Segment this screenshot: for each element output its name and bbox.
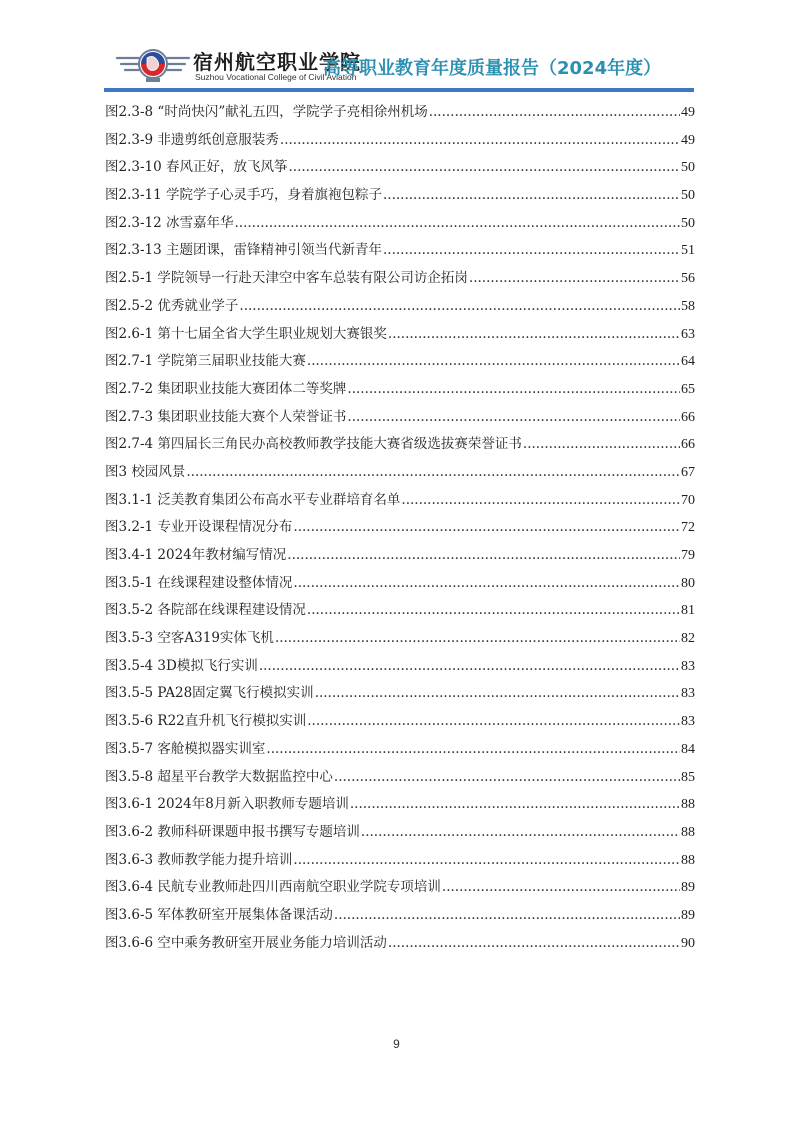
toc-entry-label: 图2.7-4 第四届长三角民办高校教师教学技能大赛省级选拔赛荣誉证书 [105,431,522,459]
dot-leader [293,847,680,875]
toc-entry[interactable]: 图3.5-6 R22直升机飞行模拟实训83 [105,708,695,736]
toc-entry-page: 83 [681,653,695,681]
toc-entry-label: 图2.3-8 “时尚快闪”献礼五四，学院学子亮相徐州机场 [105,99,428,127]
toc-entry-label: 图3.2-1 专业开设课程情况分布 [105,514,292,542]
dot-leader [259,653,680,681]
dot-leader [388,930,680,958]
toc-entry-page: 85 [681,764,695,792]
toc-entry-page: 83 [681,708,695,736]
toc-entry-label: 图2.6-1 第十七届全省大学生职业规划大赛银奖 [105,321,387,349]
toc-entry-label: 图3.5-8 超星平台教学大数据监控中心 [105,764,333,792]
toc-entry[interactable]: 图3.6-2 教师科研课题申报书撰写专题培训88 [105,819,695,847]
toc-entry[interactable]: 图2.5-1 学院领导一行赴天津空中客车总装有限公司访企拓岗56 [105,265,695,293]
toc-entry-label: 图3.5-4 3D模拟飞行实训 [105,653,258,681]
toc-entry-page: 79 [681,542,695,570]
dot-leader [334,764,680,792]
toc-entry-label: 图3.6-6 空中乘务教研室开展业务能力培训活动 [105,930,387,958]
toc-entry-page: 67 [681,459,695,487]
toc-entry-page: 56 [681,265,695,293]
dot-leader [383,237,680,265]
toc-entry-page: 49 [681,127,695,155]
dot-leader [469,265,680,293]
toc-entry-label: 图2.7-3 集团职业技能大赛个人荣誉证书 [105,404,346,432]
toc-entry-label: 图2.3-12 冰雪嘉年华 [105,210,234,238]
toc-entry[interactable]: 图3.1-1 泛美教育集团公布高水平专业群培育名单70 [105,487,695,515]
toc-entry-label: 图3.6-2 教师科研课题申报书撰写专题培训 [105,819,360,847]
toc-entry[interactable]: 图2.6-1 第十七届全省大学生职业规划大赛银奖63 [105,321,695,349]
toc-entry-label: 图2.5-2 优秀就业学子 [105,293,238,321]
dot-leader [266,736,680,764]
toc-entry-label: 图2.5-1 学院领导一行赴天津空中客车总装有限公司访企拓岗 [105,265,468,293]
dot-leader [401,487,680,515]
toc-entry-page: 88 [681,847,695,875]
toc-entry[interactable]: 图3.6-1 2024年8月新入职教师专题培训88 [105,791,695,819]
toc-entry[interactable]: 图2.3-11 学院学子心灵手巧，身着旗袍包粽子50 [105,182,695,210]
dot-leader [350,791,680,819]
toc-entry[interactable]: 图3.6-6 空中乘务教研室开展业务能力培训活动90 [105,930,695,958]
dot-leader [523,431,680,459]
toc-entry-page: 81 [681,597,695,625]
toc-entry-label: 图3 校园风景 [105,459,185,487]
header-divider [104,88,694,92]
toc-entry[interactable]: 图3.5-5 PA28固定翼飞行模拟实训83 [105,680,695,708]
toc-entry-page: 50 [681,182,695,210]
toc-entry-label: 图2.7-1 学院第三届职业技能大赛 [105,348,306,376]
toc-entry-page: 58 [681,293,695,321]
dot-leader [347,376,680,404]
toc-entry[interactable]: 图2.3-12 冰雪嘉年华50 [105,210,695,238]
dot-leader [334,902,680,930]
dot-leader [275,625,680,653]
toc-entry-page: 50 [681,154,695,182]
toc-entry-label: 图2.3-11 学院学子心灵手巧，身着旗袍包粽子 [105,182,382,210]
toc-entry-label: 图3.6-5 军体教研室开展集体备课活动 [105,902,333,930]
toc-entry[interactable]: 图3.5-8 超星平台教学大数据监控中心85 [105,764,695,792]
dot-leader [293,570,680,598]
toc-entry[interactable]: 图3.2-1 专业开设课程情况分布72 [105,514,695,542]
dot-leader [293,514,680,542]
toc-entry-page: 88 [681,791,695,819]
toc-entry-page: 89 [681,902,695,930]
dot-leader [287,542,680,570]
toc-entry-page: 83 [681,680,695,708]
toc-entry[interactable]: 图2.7-3 集团职业技能大赛个人荣誉证书66 [105,404,695,432]
toc-entry[interactable]: 图3.5-1 在线课程建设整体情况80 [105,570,695,598]
dot-leader [289,154,680,182]
toc-entry[interactable]: 图3.6-3 教师教学能力提升培训88 [105,847,695,875]
toc-entry-label: 图3.6-1 2024年8月新入职教师专题培训 [105,791,349,819]
toc-entry-page: 88 [681,819,695,847]
toc-entry-label: 图3.6-3 教师教学能力提升培训 [105,847,292,875]
toc-entry-label: 图3.1-1 泛美教育集团公布高水平专业群培育名单 [105,487,400,515]
toc-entry[interactable]: 图3.5-2 各院部在线课程建设情况81 [105,597,695,625]
toc-entry[interactable]: 图3.5-3 空客A319实体飞机82 [105,625,695,653]
toc-entry-page: 63 [681,321,695,349]
toc-entry[interactable]: 图3.6-5 军体教研室开展集体备课活动89 [105,902,695,930]
toc-entry[interactable]: 图3 校园风景67 [105,459,695,487]
dot-leader [315,680,680,708]
toc-entry[interactable]: 图2.7-4 第四届长三角民办高校教师教学技能大赛省级选拔赛荣誉证书66 [105,431,695,459]
toc-entry-label: 图3.5-1 在线课程建设整体情况 [105,570,292,598]
figure-list: 图2.3-8 “时尚快闪”献礼五四，学院学子亮相徐州机场49 图2.3-9 非遗… [105,99,695,957]
dot-leader [383,182,680,210]
dot-leader [239,293,680,321]
toc-entry-label: 图3.5-2 各院部在线课程建设情况 [105,597,306,625]
toc-entry-label: 图2.3-13 主题团课，雷锋精神引领当代新青年 [105,237,382,265]
toc-entry-label: 图3.4-1 2024年教材编写情况 [105,542,286,570]
toc-entry-page: 70 [681,487,695,515]
toc-entry[interactable]: 图3.5-4 3D模拟飞行实训83 [105,653,695,681]
toc-entry[interactable]: 图2.3-10 春风正好，放飞风筝50 [105,154,695,182]
dot-leader [429,99,680,127]
dot-leader [307,597,680,625]
toc-entry-label: 图3.5-3 空客A319实体飞机 [105,625,274,653]
toc-entry-page: 50 [681,210,695,238]
toc-entry-label: 图2.3-9 非遗剪纸创意服装秀 [105,127,279,155]
toc-entry-page: 51 [681,237,695,265]
dot-leader [307,708,680,736]
toc-entry[interactable]: 图3.4-1 2024年教材编写情况79 [105,542,695,570]
toc-entry-page: 80 [681,570,695,598]
toc-entry[interactable]: 图2.7-1 学院第三届职业技能大赛64 [105,348,695,376]
toc-entry-label: 图2.3-10 春风正好，放飞风筝 [105,154,288,182]
toc-entry-label: 图3.5-5 PA28固定翼飞行模拟实训 [105,680,314,708]
toc-entry-label: 图3.5-6 R22直升机飞行模拟实训 [105,708,306,736]
toc-entry[interactable]: 图2.7-2 集团职业技能大赛团体二等奖牌65 [105,376,695,404]
toc-entry-page: 82 [681,625,695,653]
toc-entry[interactable]: 图2.3-9 非遗剪纸创意服装秀49 [105,127,695,155]
toc-entry-page: 49 [681,99,695,127]
toc-entry[interactable]: 图2.3-13 主题团课，雷锋精神引领当代新青年51 [105,237,695,265]
toc-entry-label: 图3.6-4 民航专业教师赴四川西南航空职业学院专项培训 [105,874,441,902]
dot-leader [307,348,680,376]
toc-entry[interactable]: 图2.5-2 优秀就业学子58 [105,293,695,321]
dot-leader [388,321,680,349]
toc-entry[interactable]: 图3.6-4 民航专业教师赴四川西南航空职业学院专项培训89 [105,874,695,902]
toc-entry-label: 图2.7-2 集团职业技能大赛团体二等奖牌 [105,376,346,404]
toc-entry-page: 64 [681,348,695,376]
toc-entry-page: 89 [681,874,695,902]
toc-entry-page: 84 [681,736,695,764]
toc-entry-page: 90 [681,930,695,958]
page-header: 宿州航空职业学院 Suzhou Vocational College of Ci… [0,0,793,100]
toc-entry-page: 66 [681,404,695,432]
toc-entry-page: 66 [681,431,695,459]
toc-entry[interactable]: 图2.3-8 “时尚快闪”献礼五四，学院学子亮相徐州机场49 [105,99,695,127]
dot-leader [361,819,680,847]
toc-entry-page: 72 [681,514,695,542]
page-number: 9 [0,1037,793,1051]
dot-leader [280,127,680,155]
toc-entry[interactable]: 图3.5-7 客舱模拟器实训室84 [105,736,695,764]
dot-leader [186,459,680,487]
toc-entry-page: 65 [681,376,695,404]
dot-leader [442,874,680,902]
winged-emblem-icon [113,44,193,86]
report-title: 高等职业教育年度质量报告（2024年度） [323,54,661,80]
toc-entry-label: 图3.5-7 客舱模拟器实训室 [105,736,265,764]
dot-leader [347,404,680,432]
dot-leader [235,210,680,238]
